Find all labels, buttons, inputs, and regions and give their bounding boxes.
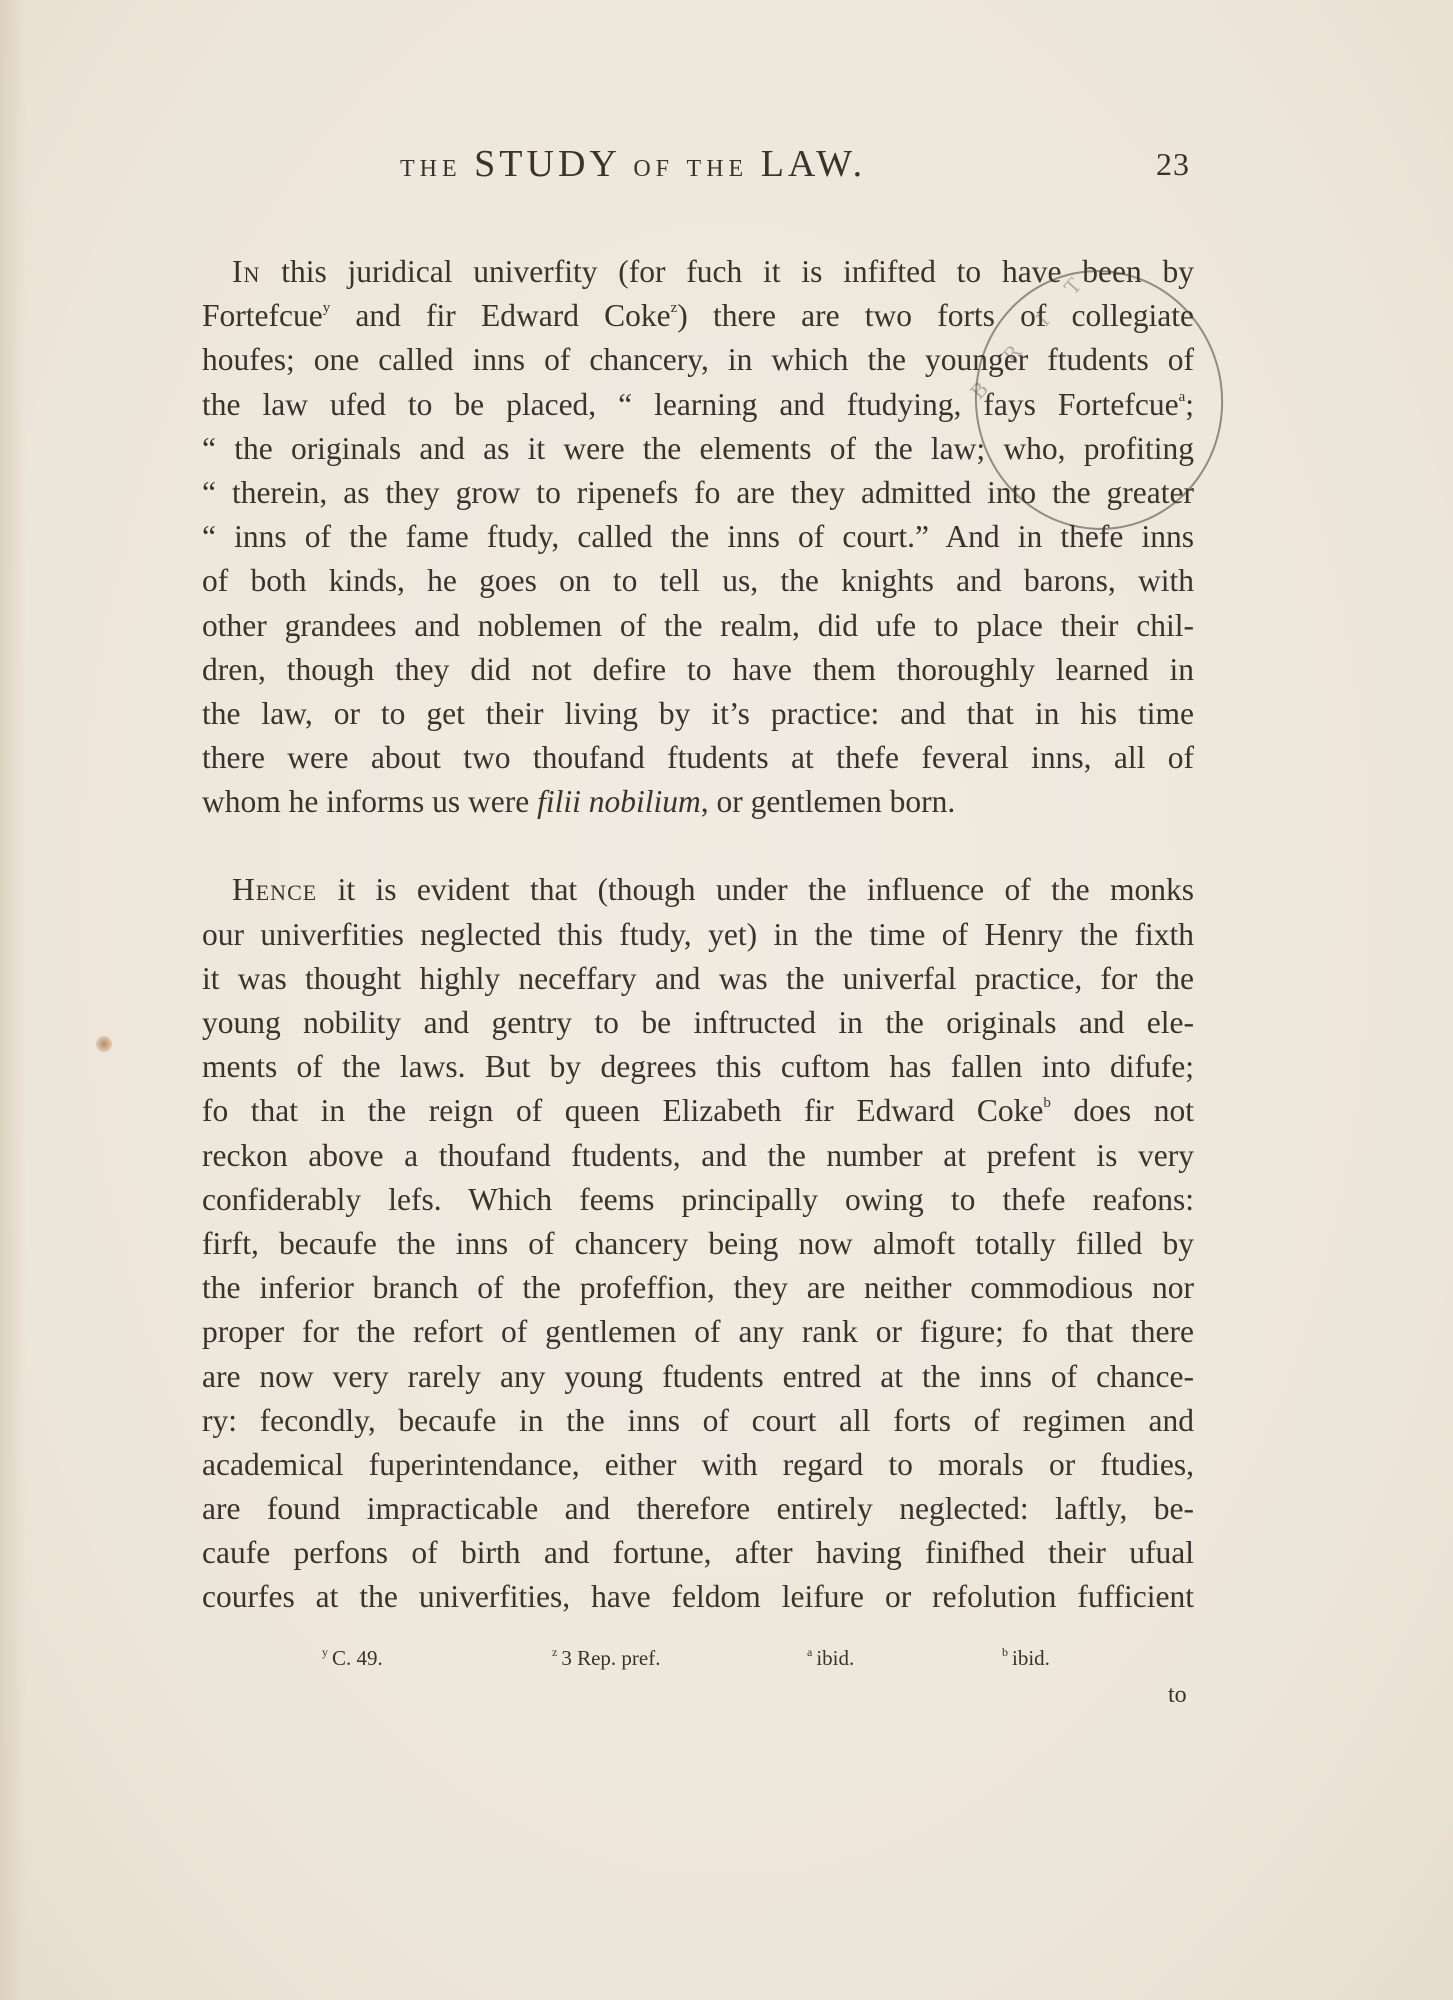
line-text: the law ufed to be placed, “ learning an…	[202, 387, 1179, 422]
text-line: confiderably lefs. Which feems principal…	[202, 1178, 1194, 1222]
line-text: ;	[1185, 387, 1194, 422]
footnote-text: 3 Rep. pref.	[561, 1646, 660, 1670]
text-line: In this juridical univerfity (for fuch i…	[202, 250, 1194, 294]
text-line: the law ufed to be placed, “ learning an…	[202, 383, 1194, 427]
lead-smallcaps: In	[232, 254, 260, 289]
line-text: Fortefcue	[202, 298, 323, 333]
line-text: this juridical univerfity (for fuch it i…	[260, 254, 1194, 289]
lead-smallcaps: Hence	[232, 872, 317, 907]
footnote-text: C. 49.	[332, 1646, 383, 1670]
text-line: whom he informs us were filii nobilium, …	[202, 780, 1194, 824]
running-head: THE STUDY OF THE LAW. 23	[400, 142, 1190, 188]
text-line: other grandees and noblemen of the realm…	[202, 604, 1194, 648]
text-line: reckon above a thoufand ftudents, and th…	[202, 1134, 1194, 1178]
text-line: young nobility and gentry to be inftruct…	[202, 1001, 1194, 1045]
text-line: caufe perfons of birth and fortune, afte…	[202, 1531, 1194, 1575]
text-line: of both kinds, he goes on to tell us, th…	[202, 559, 1194, 603]
text-line: “ inns of the fame ftudy, called the inn…	[202, 515, 1194, 559]
spine-shadow	[0, 0, 26, 2000]
latin-phrase: filii nobilium	[537, 784, 701, 819]
running-head-title: THE STUDY OF THE LAW.	[400, 142, 866, 186]
text-line: academical fuperintendance, either with …	[202, 1443, 1194, 1487]
footnote-ref-b: b	[1043, 1095, 1051, 1111]
text-line: fo that in the reign of queen Elizabeth …	[202, 1089, 1194, 1133]
footnote-mark: y	[322, 1645, 328, 1659]
catchword: to	[1168, 1682, 1187, 1709]
text-line: dren, though they did not defire to have…	[202, 648, 1194, 692]
running-head-law: LAW.	[761, 143, 867, 185]
text-line: ry: fecondly, becaufe in the inns of cou…	[202, 1399, 1194, 1443]
text-line: proper for the refort of gentlemen of an…	[202, 1310, 1194, 1354]
text-line: firft, becaufe the inns of chancery bein…	[202, 1222, 1194, 1266]
text-line: our univerfities neglected this ftudy, y…	[202, 913, 1194, 957]
running-head-study: STUDY	[474, 143, 621, 185]
text-line: courfes at the univerfities, have feldom…	[202, 1575, 1194, 1619]
text-line: “ the originals and as it were the eleme…	[202, 427, 1194, 471]
text-line: there were about two thoufand ftudents a…	[202, 736, 1194, 780]
text-line: are found impracticable and therefore en…	[202, 1487, 1194, 1531]
line-text: , or gentlemen born.	[701, 784, 956, 819]
footnote-b: bibid.	[1002, 1646, 1050, 1671]
text-line: the law, or to get their living by it’s …	[202, 692, 1194, 736]
text-line: it was thought highly neceffary and was …	[202, 957, 1194, 1001]
paragraph-2: Hence it is evident that (though under t…	[202, 868, 1194, 1619]
running-head-the-2: THE	[687, 156, 749, 182]
line-text: whom he informs us were	[202, 784, 537, 819]
footnote-text: ibid.	[816, 1646, 854, 1670]
running-head-of: OF	[633, 156, 674, 182]
text-line: ments of the laws. But by degrees this c…	[202, 1045, 1194, 1089]
page-number: 23	[1156, 146, 1190, 183]
footnote-z: z3 Rep. pref.	[552, 1646, 660, 1671]
line-text: does not	[1051, 1093, 1194, 1128]
running-head-the: THE	[400, 156, 462, 182]
line-text: fo that in the reign of queen Elizabeth …	[202, 1093, 1043, 1128]
line-text: ) there are two forts of collegiate	[677, 298, 1194, 333]
text-line: are now very rarely any young ftudents e…	[202, 1355, 1194, 1399]
footnote-text: ibid.	[1012, 1646, 1050, 1670]
footnote-mark: a	[807, 1645, 812, 1659]
text-line: houfes; one called inns of chancery, in …	[202, 338, 1194, 382]
text-line: “ therein, as they grow to ripenefs fo a…	[202, 471, 1194, 515]
line-text: and fir Edward Coke	[330, 298, 670, 333]
footnote-a: aibid.	[807, 1646, 854, 1671]
book-page: THE STUDY OF THE LAW. 23 In this juridic…	[0, 0, 1453, 2000]
text-line: Hence it is evident that (though under t…	[202, 868, 1194, 912]
line-text: it is evident that (though under the inf…	[317, 872, 1194, 907]
text-line: the inferior branch of the profeffion, t…	[202, 1266, 1194, 1310]
foxing-spot	[96, 1036, 112, 1052]
footnote-y: yC. 49.	[322, 1646, 383, 1671]
body-text: In this juridical univerfity (for fuch i…	[202, 250, 1194, 1620]
paragraph-1: In this juridical univerfity (for fuch i…	[202, 250, 1194, 824]
footnote-mark: b	[1002, 1645, 1008, 1659]
footnote-mark: z	[552, 1645, 557, 1659]
text-line: Fortefcuey and fir Edward Cokez) there a…	[202, 294, 1194, 338]
